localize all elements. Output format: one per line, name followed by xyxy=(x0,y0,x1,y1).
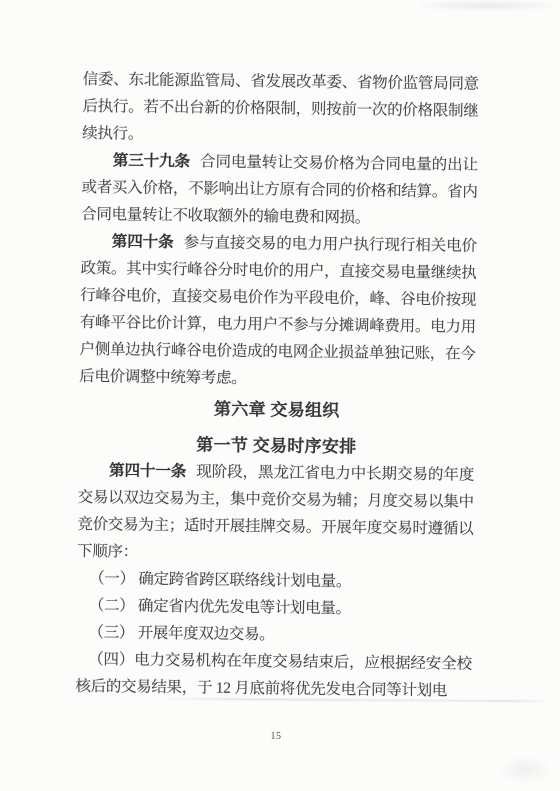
page-number: 15 xyxy=(0,731,556,742)
continuation-paragraph: 信委、东北能源监管局、省发展改革委、省物价监管局同意后执行。若不出台新的价格限制… xyxy=(82,66,479,152)
article-40-text: 参与直接交易的电力用户执行现行相关电价政策。其中实行峰谷分时电价的用户，直接交易… xyxy=(79,234,477,387)
document-page: 信委、东北能源监管局、省发展改革委、省物价监管局同意后执行。若不出台新的价格限制… xyxy=(0,0,560,791)
article-40-label: 第四十条 xyxy=(112,233,174,251)
article-40-paragraph: 第四十条参与直接交易的电力用户执行现行相关电价政策。其中实行峰谷分时电价的用户，… xyxy=(79,228,477,395)
list-item-4: （四）电力交易机构在年度交易结束后，应根据经安全校核后的交易结果，于 12 月底… xyxy=(75,646,472,705)
scan-smudge-bottom-right xyxy=(498,756,553,784)
scan-smudge-top-right xyxy=(420,1,555,10)
page-body: 信委、东北能源监管局、省发展改革委、省物价监管局同意后执行。若不出台新的价格限制… xyxy=(75,66,479,705)
chapter-heading: 第六章 交易组织 xyxy=(79,394,475,426)
article-39-label: 第三十九条 xyxy=(113,152,190,170)
article-41-label: 第四十一条 xyxy=(109,462,186,480)
article-41-paragraph: 第四十一条现阶段，黑龙江省电力中长期交易的年度交易以双边交易为主，集中竞价交易为… xyxy=(77,457,474,570)
article-39-paragraph: 第三十九条合同电量转让交易价格为合同电量的出让或者买入价格，不影响出让方原有合同… xyxy=(81,147,478,233)
